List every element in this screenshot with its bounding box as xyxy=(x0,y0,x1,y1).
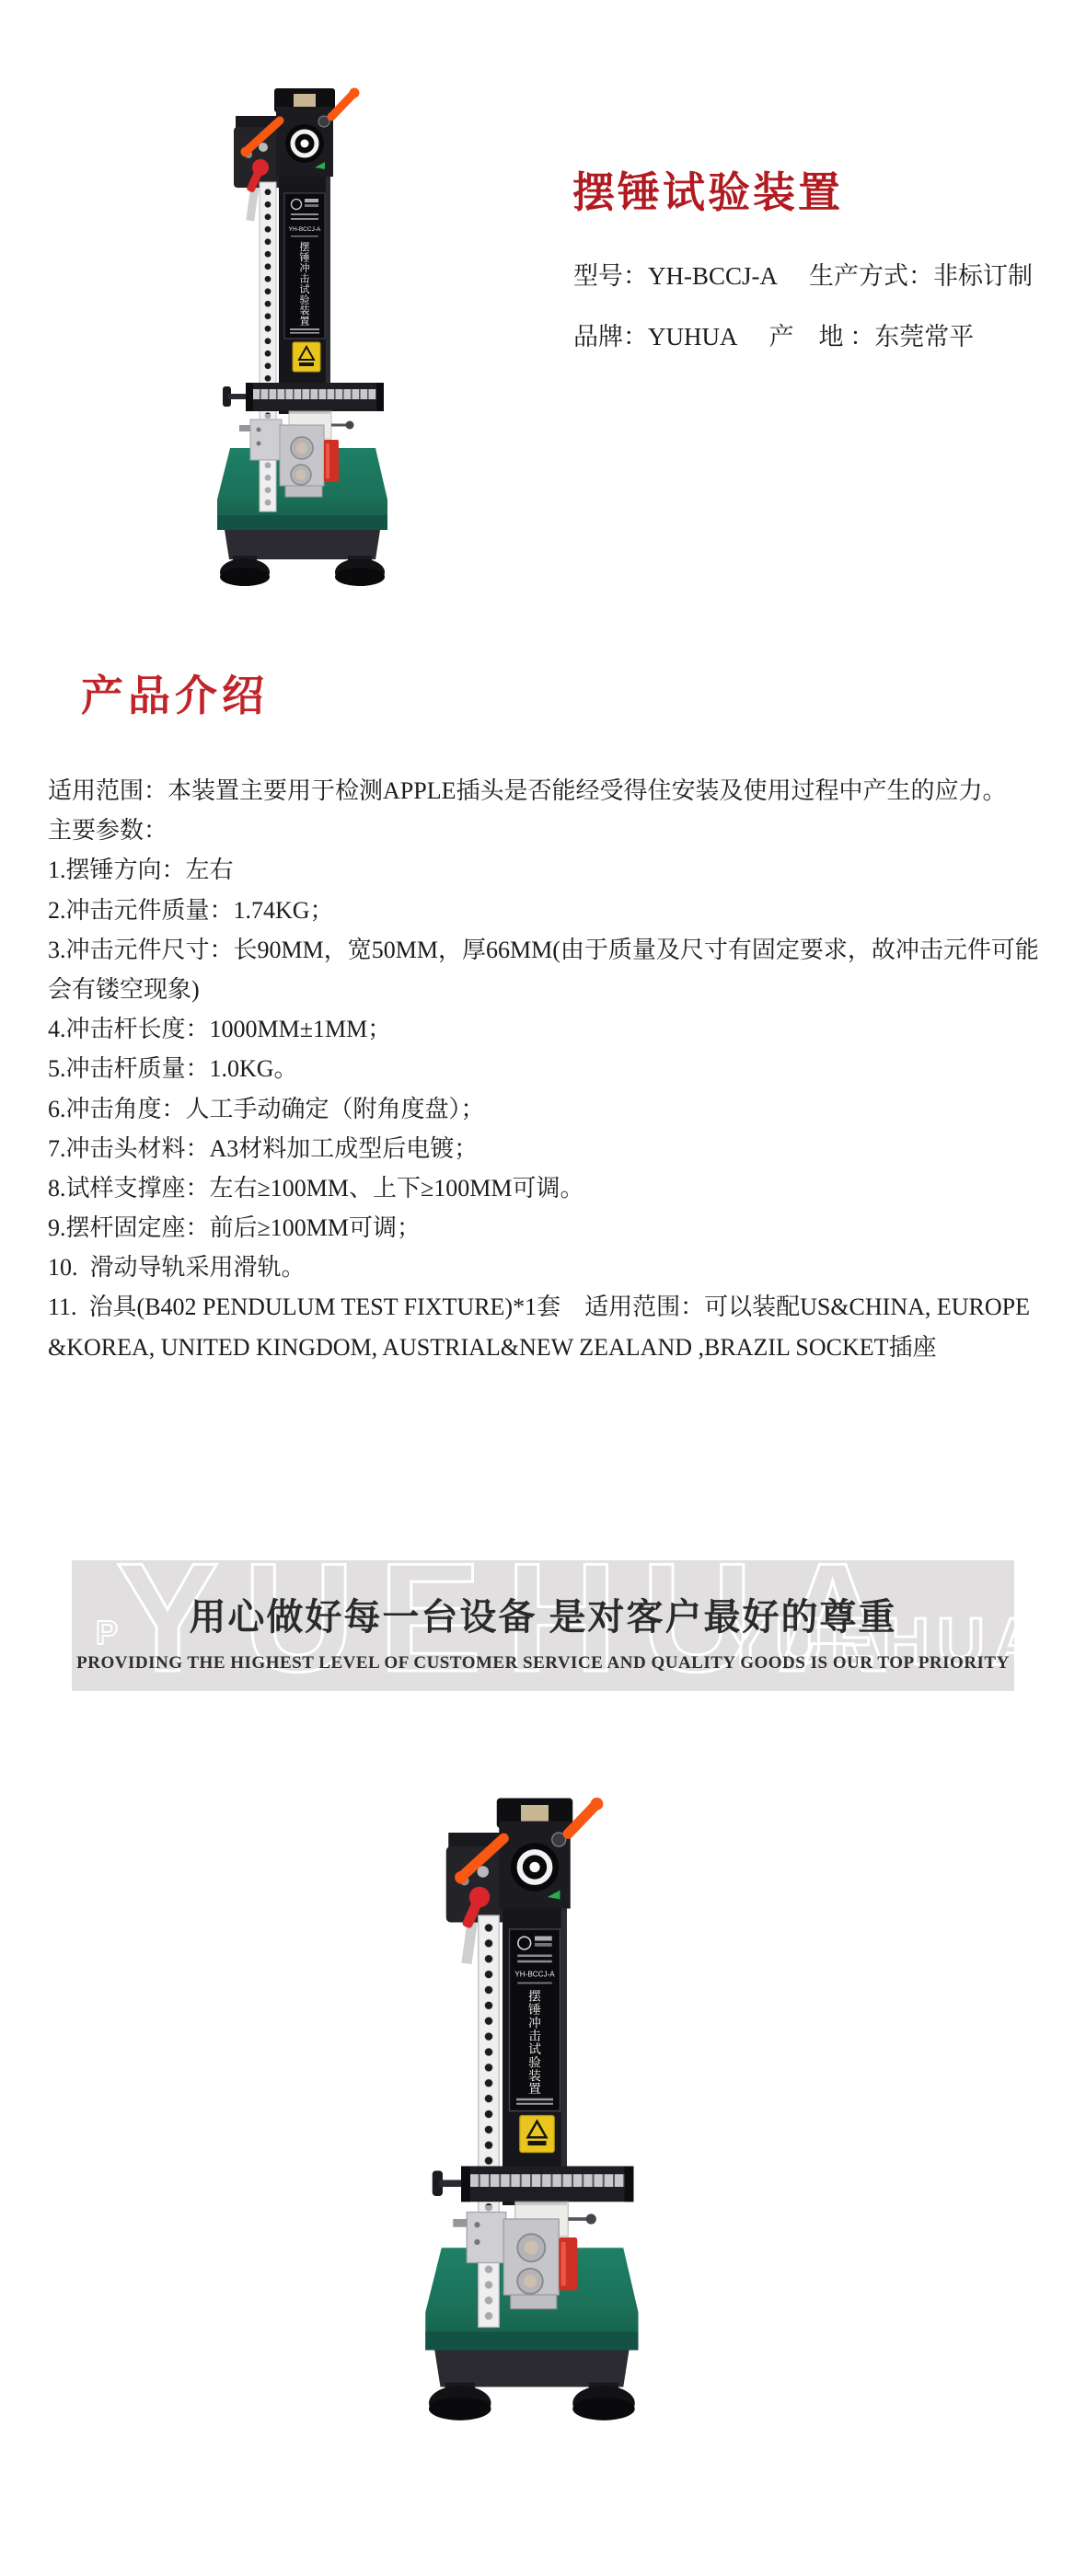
spec-line-params-title: 主要参数： xyxy=(48,811,1074,850)
model-field: 型号：YH-BCCJ-A xyxy=(573,256,778,292)
product-title: 摆锤试验装置 xyxy=(572,167,843,218)
intro-heading: 产品介绍 xyxy=(81,662,269,723)
spec-line-4: 4.冲击杆长度：1000MM±1MM； xyxy=(48,1009,1074,1049)
spec-line-9: 9.摆杆固定座：前后≥100MM可调； xyxy=(48,1208,1074,1248)
model-row: 型号：YH-BCCJ-A 生产方式：非标订制 xyxy=(573,256,1033,292)
spec-line-6: 6.冲击角度：人工手动确定（附角度盘）； xyxy=(48,1089,1074,1129)
product-photo-top xyxy=(110,9,433,607)
spec-line-3: 3.冲击元件尺寸：长90MM，宽50MM，厚66MM(由于质量及尺寸有固定要求，… xyxy=(48,930,1074,970)
slogan-banner: YUEHUA YUEHUA P 用心做好每一台设备 是对客户最好的尊重 PROV… xyxy=(72,1560,1014,1691)
spec-line-8: 8.试样支撑座：左右≥100MM、上下≥100MM可调。 xyxy=(48,1168,1074,1208)
banner-headline: 用心做好每一台设备 是对客户最好的尊重 xyxy=(72,1588,1014,1640)
banner-subline: PROVIDING THE HIGHEST LEVEL OF CUSTOMER … xyxy=(72,1653,1014,1673)
spec-line-11: 11. 治具(B402 PENDULUM TEST FIXTURE)*1套 适用… xyxy=(48,1287,1074,1327)
product-photo-bottom xyxy=(387,1791,668,2435)
spec-line-7: 7.冲击头材料：A3材料加工成型后电镀； xyxy=(48,1129,1074,1168)
spec-line-5: 5.冲击杆质量：1.0KG。 xyxy=(48,1049,1074,1088)
spec-line-2: 2.冲击元件质量：1.74KG； xyxy=(48,891,1074,930)
spec-line-3-cont: 会有镂空现象) xyxy=(48,970,1074,1009)
spec-line-1: 1.摆锤方向：左右 xyxy=(48,850,1074,890)
production-field: 生产方式：非标订制 xyxy=(809,256,1033,292)
brand-field: 品牌：YUHUA xyxy=(573,316,738,352)
brand-row: 品牌：YUHUA 产 地 ：东莞常平 xyxy=(573,316,974,352)
spec-list: 适用范围：本装置主要用于检测APPLE插头是否能经受得住安装及使用过程中产生的应… xyxy=(48,771,1074,1367)
spec-line-10: 10. 滑动导轨采用滑轨。 xyxy=(48,1248,1074,1287)
origin-field: 产 地 ：东莞常平 xyxy=(769,316,975,352)
product-detail-page: YH-BCCJ-A 摆锤冲击试验装置 xyxy=(0,0,1086,2576)
spec-line-11-cont: &KOREA, UNITED KINGDOM, AUSTRIAL&NEW ZEA… xyxy=(48,1328,1074,1367)
spec-line-scope: 适用范围：本装置主要用于检测APPLE插头是否能经受得住安装及使用过程中产生的应… xyxy=(48,771,1074,811)
